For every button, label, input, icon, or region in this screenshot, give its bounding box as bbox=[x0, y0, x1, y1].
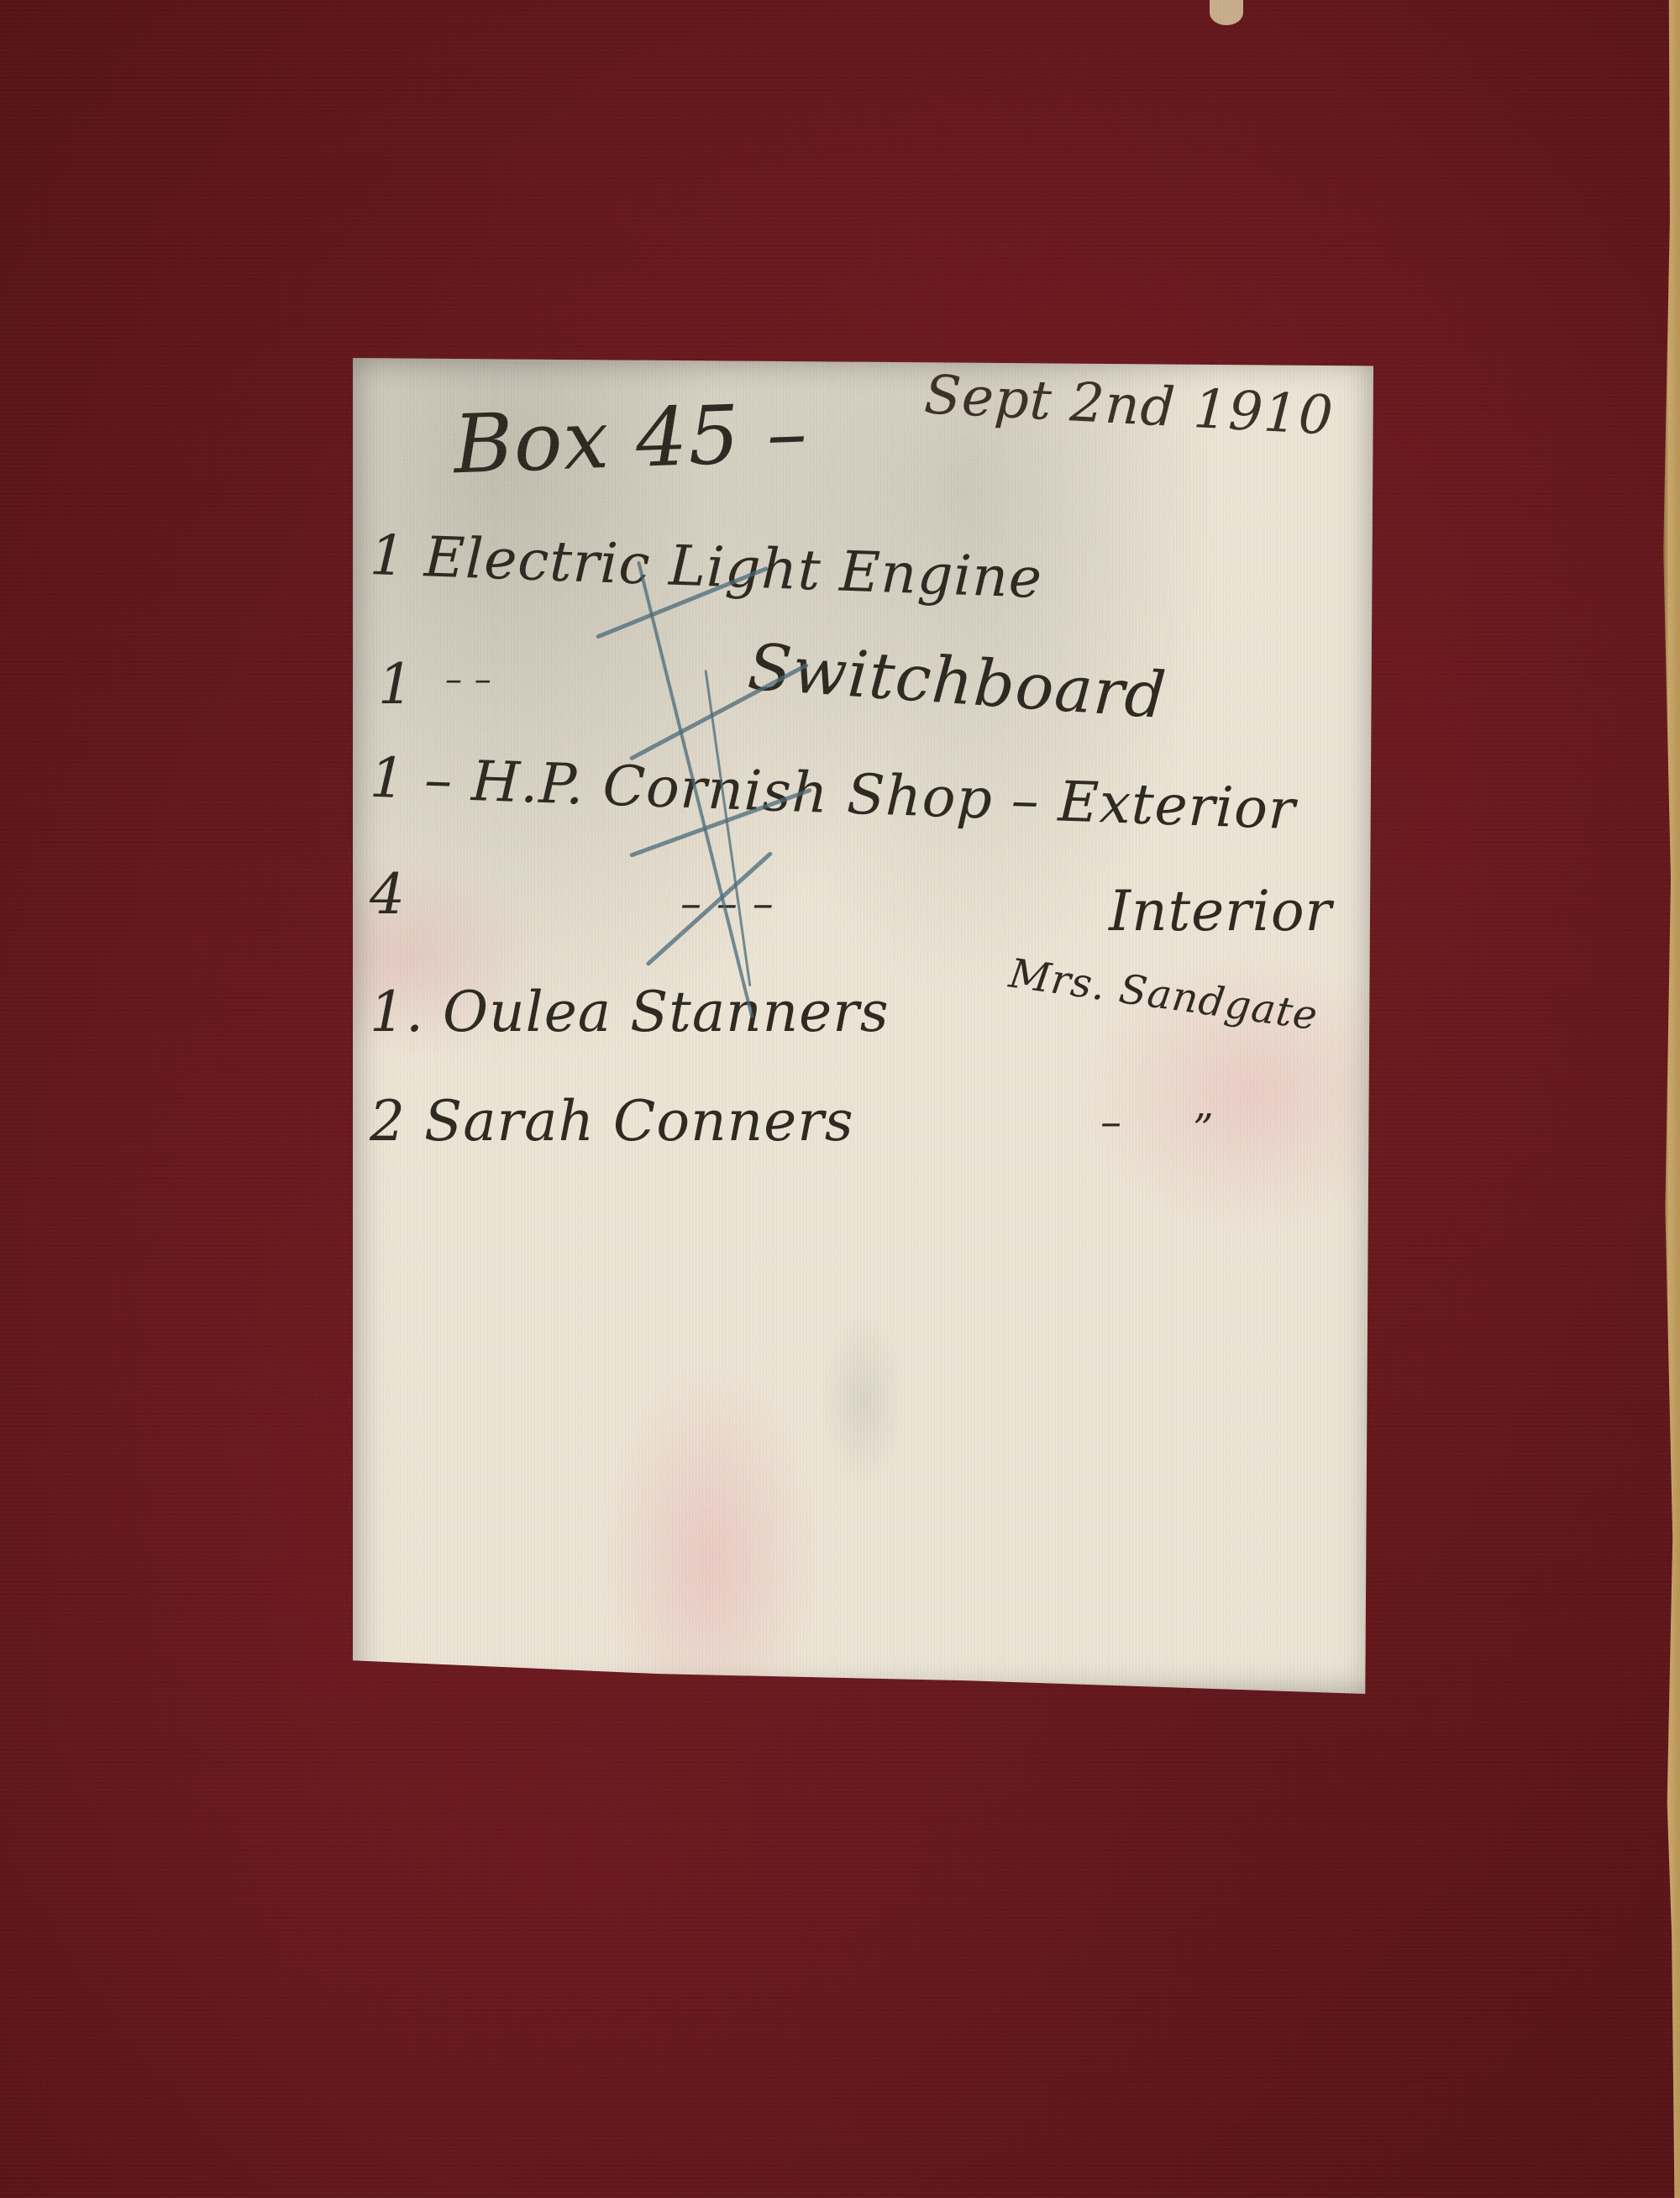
entry-qty: 1. bbox=[370, 980, 424, 1044]
entry-text: Sarah Conners bbox=[424, 1089, 854, 1154]
red-cloth-board: Box 45 – Sept 2nd 1910 1 Electric Light … bbox=[0, 0, 1680, 2198]
entry-text: Electric Light Engine bbox=[423, 524, 1043, 611]
entry-4-qty: 4 bbox=[370, 862, 406, 927]
entry-qty: 2 bbox=[370, 1089, 406, 1154]
paper-label: Box 45 – Sept 2nd 1910 1 Electric Light … bbox=[353, 358, 1373, 1694]
entry-2-ditto: – – bbox=[445, 660, 492, 699]
entry-5: 1. Oulea Stanners bbox=[370, 980, 890, 1044]
entry-6-ditto: – bbox=[1100, 1097, 1122, 1146]
entry-4-text: Interior bbox=[1109, 879, 1332, 944]
entry-2-qty: 1 bbox=[378, 652, 414, 717]
entry-3: 1 – H.P. Cornish Shop – Exterior bbox=[369, 745, 1297, 842]
entry-6: 2 Sarah Conners bbox=[370, 1089, 854, 1154]
entry-qty: 1 bbox=[369, 745, 407, 811]
entry-5-note: Mrs. Sandgate bbox=[1006, 949, 1321, 1039]
label-title: Box 45 – bbox=[452, 386, 809, 492]
label-date: Sept 2nd 1910 bbox=[922, 364, 1335, 447]
entry-qty: 1 bbox=[369, 523, 407, 588]
worn-top-corner bbox=[1210, 0, 1243, 25]
entry-1: 1 Electric Light Engine bbox=[369, 523, 1043, 611]
entry-2-text: Switchboard bbox=[746, 629, 1169, 734]
entry-6-note: ” bbox=[1193, 1106, 1215, 1153]
pencil-mark bbox=[629, 663, 809, 761]
entry-text: – H.P. Cornish Shop – Exterior bbox=[423, 747, 1297, 842]
worn-board-edge bbox=[1662, 0, 1680, 2198]
entry-text: Oulea Stanners bbox=[443, 980, 890, 1044]
